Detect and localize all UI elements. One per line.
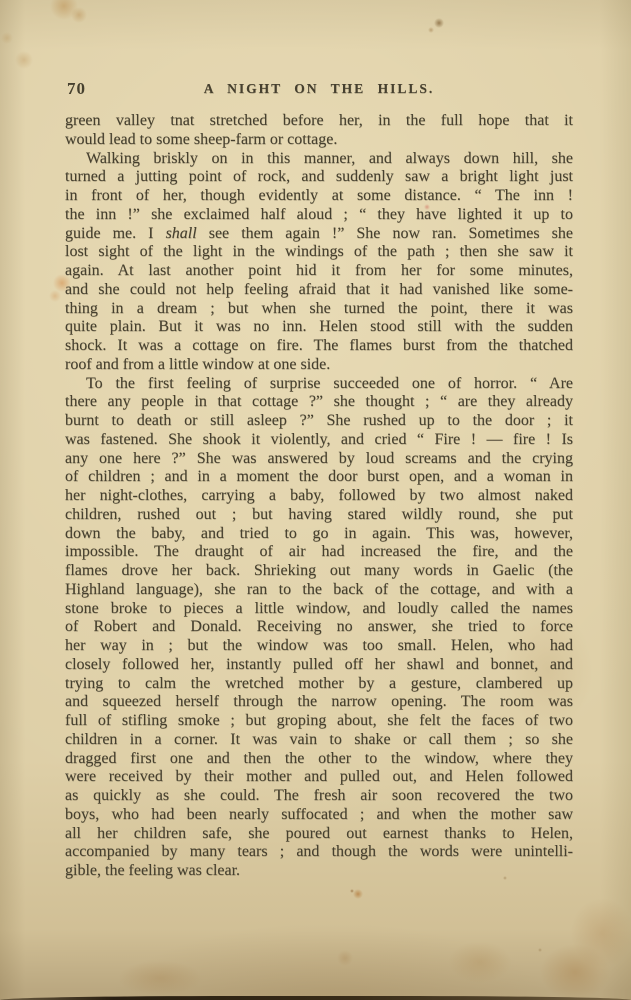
text-line: To the first feeling of surprise succeed… [65, 375, 573, 394]
text-line: shock. It was a cottage on fire. The fla… [65, 337, 573, 356]
text-line: quite plain. But it was no inn. Helen st… [65, 318, 573, 337]
text-line: thing in a dream ; but when she turned t… [65, 300, 573, 319]
text-line: flames drove her back. Shrieking out man… [65, 562, 573, 581]
paragraph: To the first feeling of surprise succeed… [65, 375, 573, 881]
text-line: guide me. I shall see them again !” She … [65, 225, 573, 244]
text-line: Walking briskly on in this manner, and a… [65, 150, 573, 169]
text-line: in front of her, though evidently at som… [65, 187, 573, 206]
text-line: were received by their mother and pulled… [65, 768, 573, 787]
text-line: children, rushed out ; but having stared… [65, 506, 573, 525]
text-line: down the baby, and tried to go in again.… [65, 525, 573, 544]
text-line: Highland language), she ran to the back … [65, 581, 573, 600]
page-number: 70 [67, 79, 86, 99]
text-line: stone broke to pieces a little window, a… [65, 600, 573, 619]
text-line: impossible. The draught of air had incre… [65, 543, 573, 562]
text-line: roof and from a little window at one sid… [65, 356, 573, 375]
paragraph: green valley tnat stretched before her, … [65, 112, 573, 150]
text-line: would lead to some sheep-farm or cottage… [65, 131, 573, 150]
text-line: burnt to death or still asleep ?” She ru… [65, 412, 573, 431]
text-line: the inn !” she exclaimed half aloud ; “ … [65, 206, 573, 225]
text-line: accompanied by many tears ; and though t… [65, 843, 573, 862]
text-line: of children ; and in a moment the door b… [65, 468, 573, 487]
text-line: was fastened. She shook it violently, an… [65, 431, 573, 450]
text-line: there any people in that cottage ?” she … [65, 393, 573, 412]
text-line: green valley tnat stretched before her, … [65, 112, 573, 131]
text-line: and squeezed herself through the narrow … [65, 693, 573, 712]
text-line: of Robert and Donald. Receiving no answe… [65, 618, 573, 637]
book-page-scan: 70 A NIGHT ON THE HILLS. green valley tn… [0, 0, 631, 1000]
text-line: her night-clothes, carrying a baby, foll… [65, 487, 573, 506]
page-bottom-edge [0, 996, 631, 1000]
text-line: lost sight of the light in the windings … [65, 243, 573, 262]
running-header: A NIGHT ON THE HILLS. [65, 79, 573, 97]
text-line: as quickly as she could. The fresh air s… [65, 787, 573, 806]
text-line: closely followed her, instantly pulled o… [65, 656, 573, 675]
text-line: gible, the feeling was clear. [65, 862, 573, 881]
text-line: dragged first one and then the other to … [65, 750, 573, 769]
text-line: full of stifling smoke ; but groping abo… [65, 712, 573, 731]
text-line: any one here ?” She was answered by loud… [65, 450, 573, 469]
text-line: her way in ; but the window was too smal… [65, 637, 573, 656]
text-line: turned a jutting point of rock, and sudd… [65, 168, 573, 187]
paragraph: Walking briskly on in this manner, and a… [65, 150, 573, 375]
text-line: trying to calm the wretched mother by a … [65, 675, 573, 694]
page-header: 70 A NIGHT ON THE HILLS. [65, 79, 573, 101]
body-text: green valley tnat stretched before her, … [65, 112, 573, 881]
text-line: boys, who had been nearly suffocated ; a… [65, 806, 573, 825]
text-line: children in a corner. It was vain to sha… [65, 731, 573, 750]
text-line: again. At last another point hid it from… [65, 262, 573, 281]
text-line: all her children safe, she poured out ea… [65, 825, 573, 844]
text-line: and she could not help feeling afraid th… [65, 281, 573, 300]
